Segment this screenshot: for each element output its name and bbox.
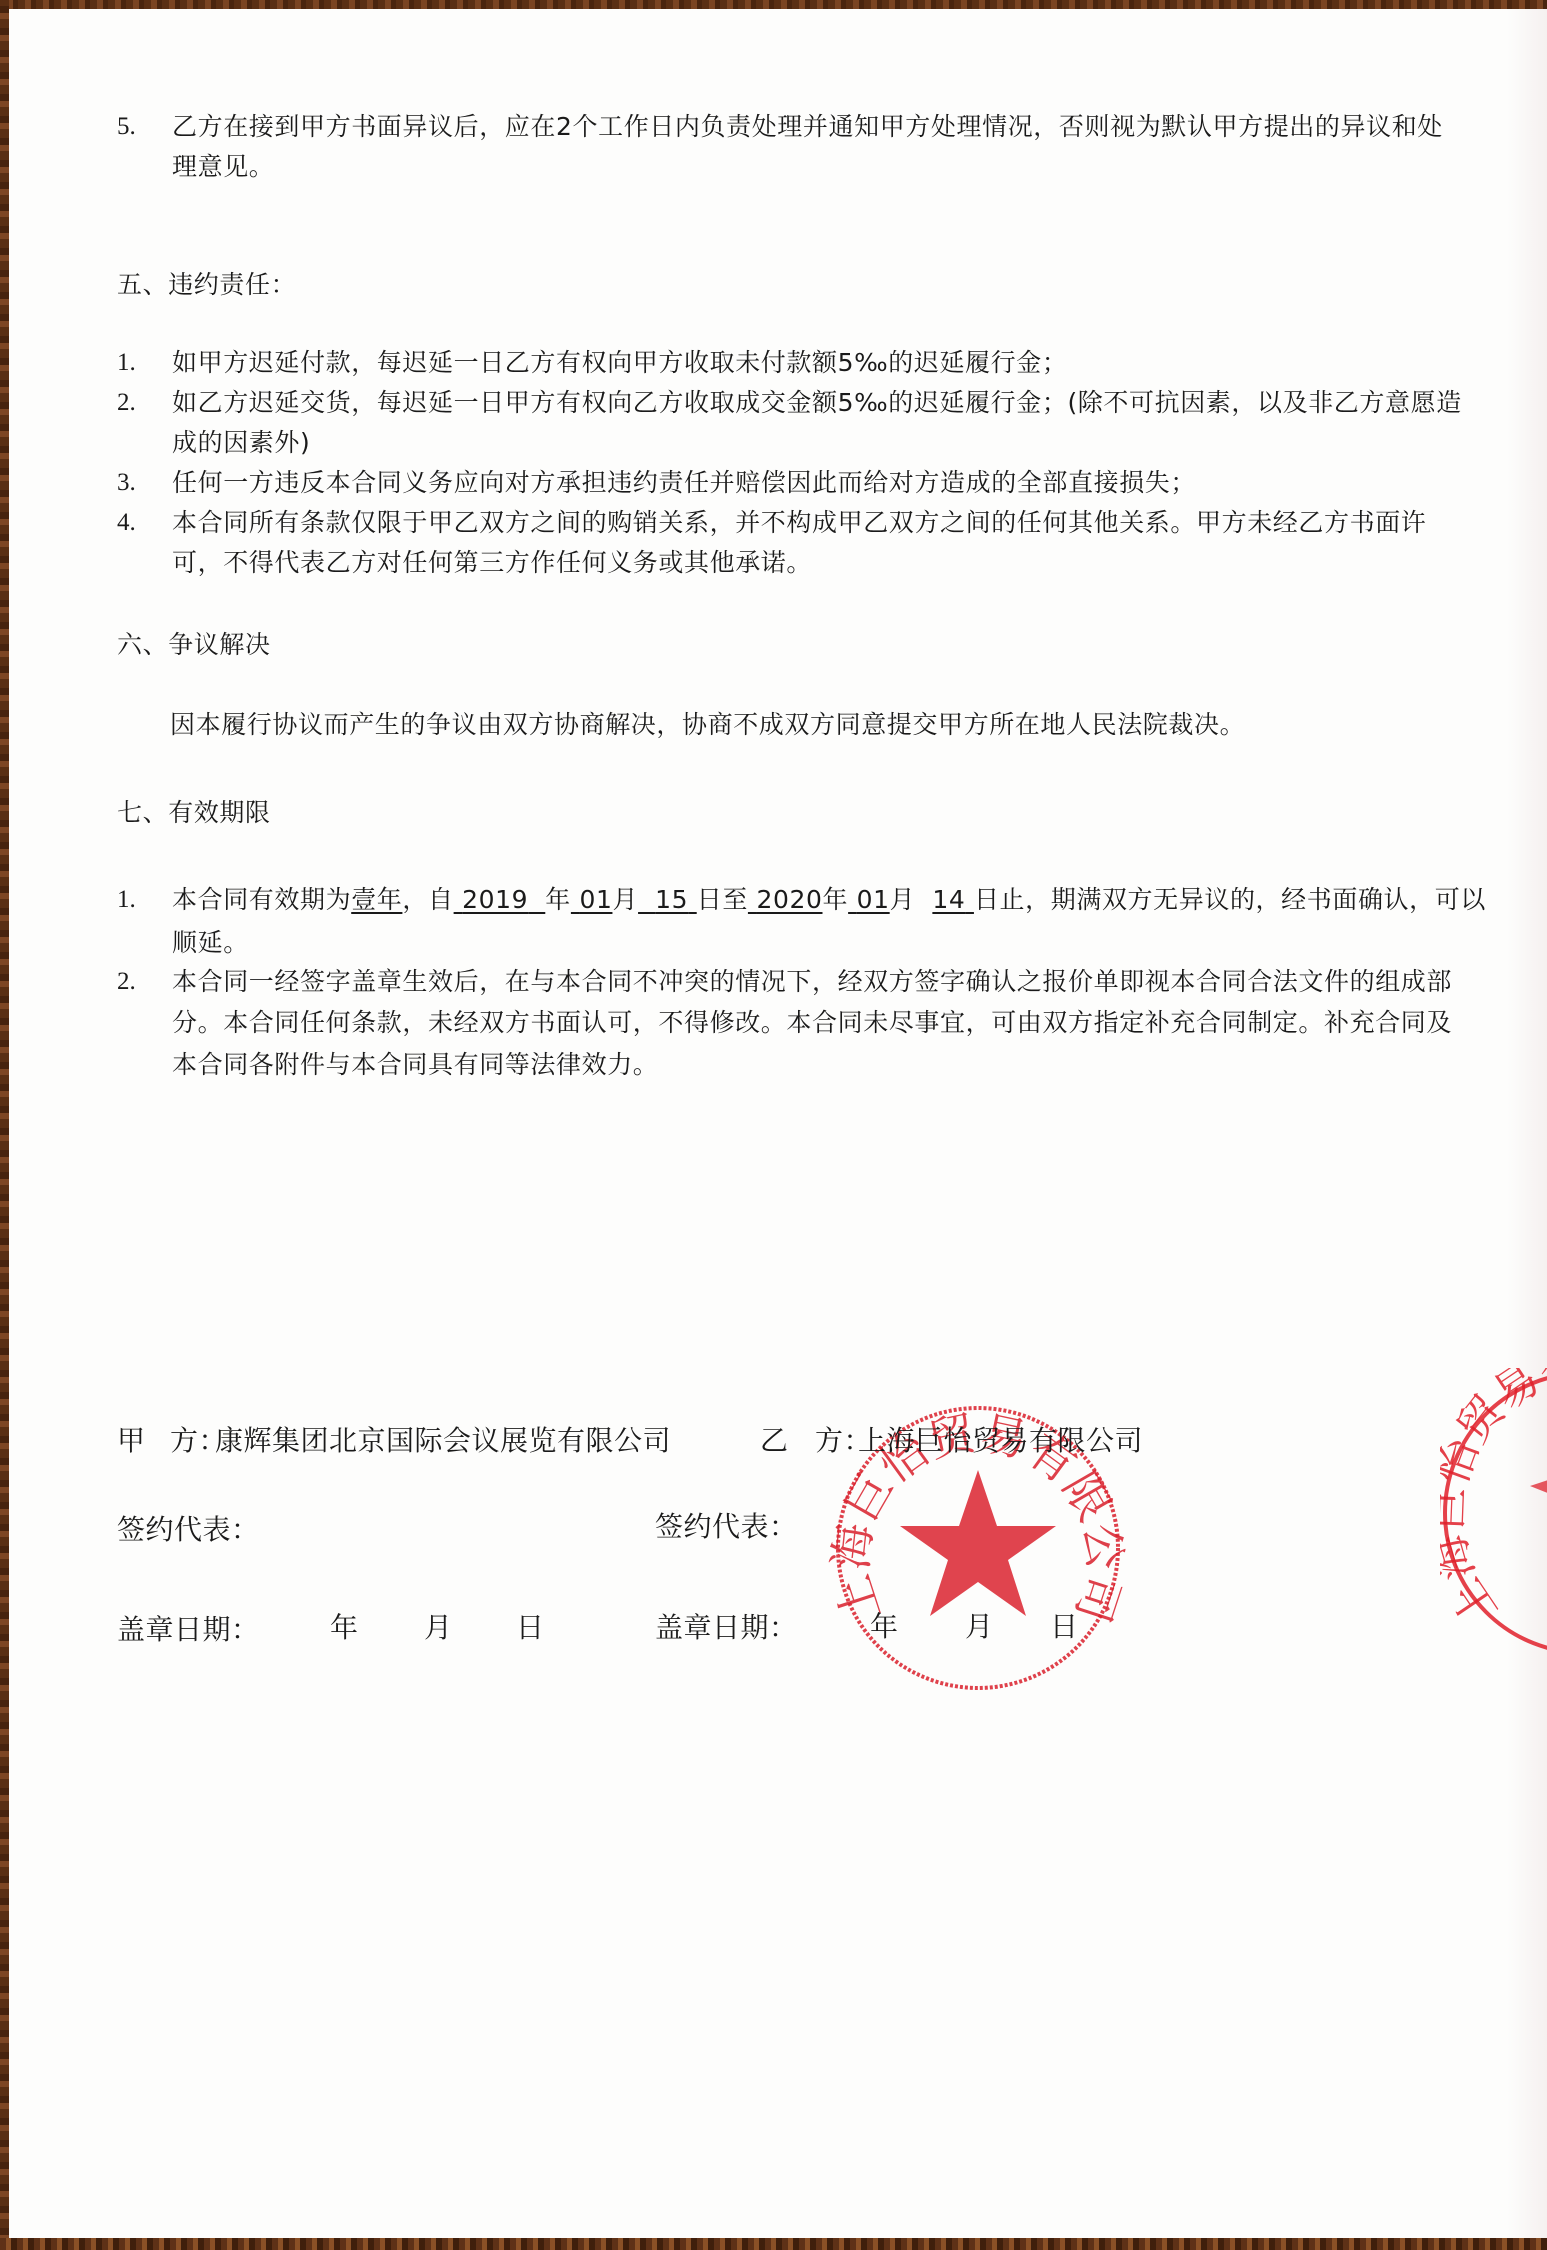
clause-text-line: 理意见。 <box>172 152 274 182</box>
section-heading-validity: 七、有效期限 <box>117 798 271 828</box>
section-heading-liability: 五、违约责任： <box>117 270 296 300</box>
item-number: 2. <box>117 967 136 997</box>
end-month: 01 <box>848 885 890 914</box>
party-b-seal-date-label: 盖章日期： <box>655 1611 798 1645</box>
item-text-line: 任何一方违反本合同义务应向对方承担违约责任并赔偿因此而给对方造成的全部直接损失； <box>172 468 1196 498</box>
item-number: 1. <box>117 885 136 915</box>
party-b-date-month: 月 <box>965 1610 994 1644</box>
party-a-representative-label: 签约代表： <box>117 1513 260 1547</box>
item-number: 1. <box>117 348 136 378</box>
party-b-name: 上海巨怡贸易有限公司 <box>858 1424 1143 1458</box>
party-b-label: 乙 <box>760 1424 789 1458</box>
item-number: 3. <box>117 468 136 498</box>
end-year: 2020 <box>748 885 823 914</box>
party-b-date-year: 年 <box>870 1610 899 1644</box>
validity-term-line: 顺延。 <box>172 928 249 958</box>
party-a-date-month: 月 <box>424 1611 453 1645</box>
party-a-name: 康辉集团北京国际会议展览有限公司 <box>215 1424 671 1458</box>
desk-edge-bottom <box>0 2238 1547 2250</box>
party-a-seal-date-label: 盖章日期： <box>117 1613 260 1647</box>
item-text-line: 本合同一经签字盖章生效后，在与本合同不冲突的情况下，经双方签字确认之报价单即视本… <box>172 967 1452 997</box>
clause-number: 5. <box>117 112 136 142</box>
term-value: 壹年 <box>351 885 402 914</box>
item-text-line: 本合同各附件与本合同具有同等法律效力。 <box>172 1050 658 1080</box>
start-day: 15 <box>638 885 697 914</box>
party-a-label: 甲 <box>117 1424 146 1458</box>
item-number: 2. <box>117 388 136 418</box>
item-text-line: 可，不得代表乙方对任何第三方作任何义务或其他承诺。 <box>172 548 812 578</box>
start-month: 01 <box>571 885 613 914</box>
end-day: 14 <box>932 885 974 914</box>
clause-text-line: 乙方在接到甲方书面异议后，应在2个工作日内负责处理并通知甲方处理情况，否则视为默… <box>172 112 1443 142</box>
item-text-line: 如甲方迟延付款，每迟延一日乙方有权向甲方收取未付款额5‰的迟延履行金； <box>172 348 1067 378</box>
item-text-line: 分。本合同任何条款，未经双方书面认可，不得修改。本合同未尽事宜，可由双方指定补充… <box>172 1008 1452 1038</box>
item-text-line: 成的因素外) <box>172 428 310 458</box>
desk-edge-left <box>0 0 9 2250</box>
party-a-date-year: 年 <box>330 1611 359 1645</box>
item-text-line: 如乙方迟延交货，每迟延一日甲方有权向乙方收取成交金额5‰的迟延履行金；(除不可抗… <box>172 388 1462 418</box>
party-a-date-day: 日 <box>516 1611 545 1645</box>
desk-edge-top <box>0 0 1547 9</box>
item-number: 4. <box>117 508 136 538</box>
dispute-paragraph: 因本履行协议而产生的争议由双方协商解决，协商不成双方同意提交甲方所在地人民法院裁… <box>170 710 1245 740</box>
section-heading-dispute: 六、争议解决 <box>117 630 271 660</box>
contract-page <box>9 9 1547 2238</box>
start-year: 2019 <box>454 885 546 914</box>
party-b-representative-label: 签约代表： <box>655 1510 798 1544</box>
party-b-date-day: 日 <box>1050 1610 1079 1644</box>
validity-term-line: 本合同有效期为壹年，自 2019 年 01月 15 日至 2020年 01月 1… <box>172 885 1486 915</box>
item-text-line: 本合同所有条款仅限于甲乙双方之间的购销关系，并不构成甲乙双方之间的任何其他关系。… <box>172 508 1426 538</box>
